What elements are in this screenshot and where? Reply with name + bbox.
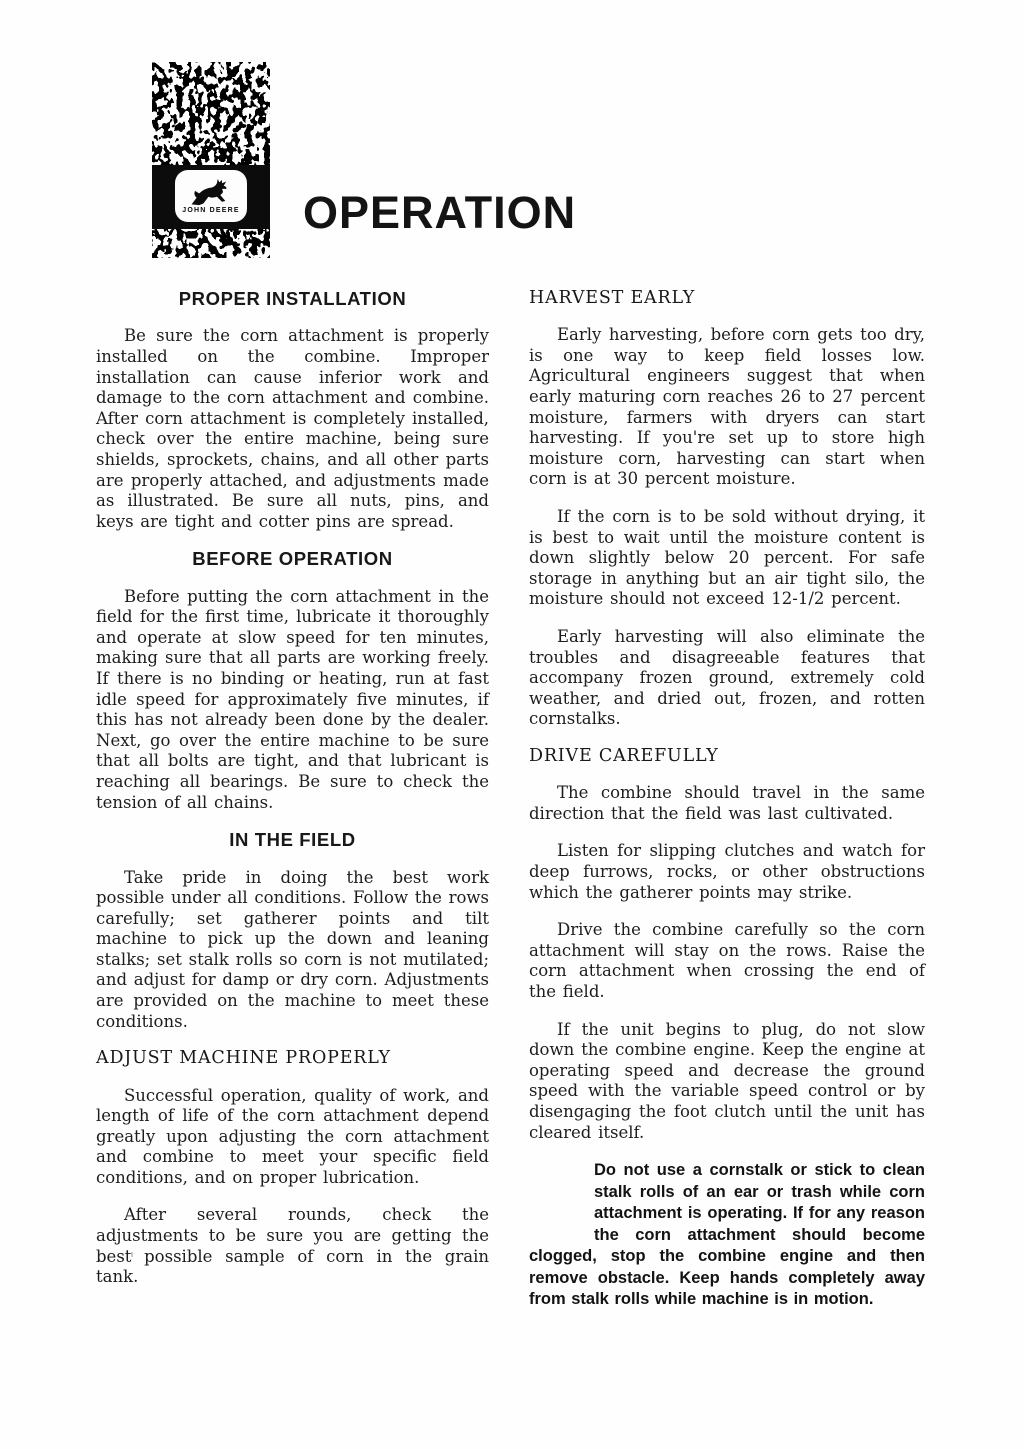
left-column: PROPER INSTALLATION Be sure the corn att… (96, 289, 489, 1305)
heading-proper-installation: PROPER INSTALLATION (96, 289, 489, 309)
paragraph-drive-carefully-2: Listen for slipping clutches and watch f… (529, 841, 925, 903)
paragraph-adjust-machine-2: After several rounds, check the adjustme… (96, 1205, 489, 1287)
paragraph-drive-carefully-1: The combine should travel in the same di… (529, 783, 925, 824)
warning-indent-spacer (529, 1160, 594, 1225)
heading-before-operation: BEFORE OPERATION (96, 549, 489, 569)
paragraph-harvest-early-2: If the corn is to be sold without drying… (529, 507, 925, 610)
safety-warning: Do not use a cornstalk or stick to clean… (529, 1160, 925, 1311)
heading-in-the-field: IN THE FIELD (96, 830, 489, 850)
leaping-deer-icon (188, 179, 234, 206)
scan-speck (131, 1252, 133, 1257)
paragraph-harvest-early-1: Early harvesting, before corn gets too d… (529, 325, 925, 490)
paragraph-harvest-early-3: Early harvesting will also eliminate the… (529, 627, 925, 730)
paragraph-drive-carefully-4: If the unit begins to plug, do not slow … (529, 1020, 925, 1144)
logo-brand-text: JOHN DEERE (182, 207, 240, 214)
paragraph-adjust-machine-1: Successful operation, quality of work, a… (96, 1086, 489, 1189)
heading-harvest-early: HARVEST EARLY (529, 289, 925, 308)
heading-drive-carefully: DRIVE CAREFULLY (529, 747, 925, 766)
logo-plate: JOHN DEERE (175, 170, 247, 222)
paragraph-in-the-field: Take pride in doing the best work possib… (96, 868, 489, 1033)
heading-adjust-machine-properly: ADJUST MACHINE PROPERLY (96, 1049, 489, 1068)
john-deere-logo: JOHN DEERE (152, 62, 270, 258)
manual-page: JOHN DEERE OPERATION PROPER INSTALLATION… (0, 0, 1024, 1449)
page-title: OPERATION (303, 190, 576, 235)
paragraph-before-operation: Before putting the corn attachment in th… (96, 587, 489, 814)
right-column: HARVEST EARLY Early harvesting, before c… (529, 289, 925, 1311)
logo-black-band: JOHN DEERE (152, 165, 270, 229)
paragraph-proper-installation: Be sure the corn attachment is properly … (96, 326, 489, 532)
paragraph-drive-carefully-3: Drive the combine carefully so the corn … (529, 920, 925, 1002)
